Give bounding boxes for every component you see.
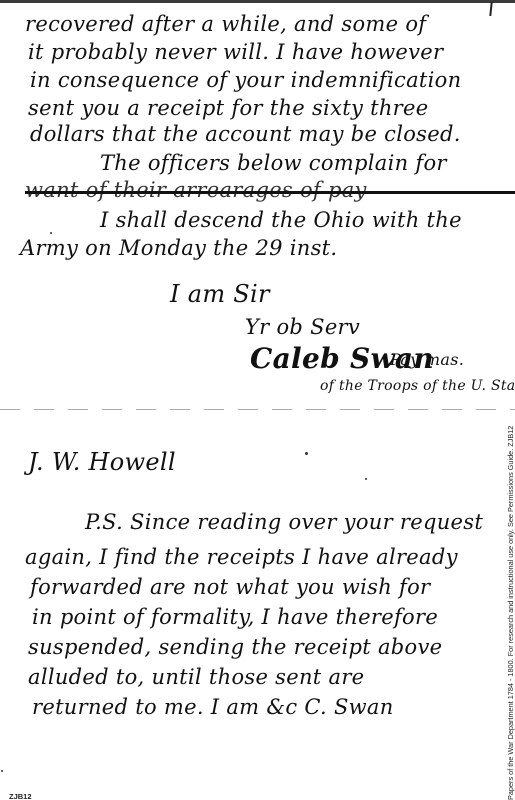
ps-line-4: in point of formality, I have therefore: [32, 605, 438, 629]
ps-line-2: again, I find the receipts I have alread…: [25, 545, 458, 569]
ps-line-7: returned to me. I am &c C. Swan: [32, 695, 394, 719]
ps-line-1: P.S. Since reading over your request: [85, 510, 483, 534]
margin-note: Papers of the War Department 1784 - 1800…: [506, 426, 515, 800]
corner-id: ZJB12: [9, 792, 32, 800]
letter-line-2: it probably never will. I have however: [28, 40, 443, 64]
signature-title-1: Pay mas.: [390, 350, 464, 369]
signature-title-2: of the Troops of the U. States: [320, 378, 515, 394]
top-edge-mark: [489, 2, 492, 16]
ps-line-5: suspended, sending the receipt above: [28, 635, 442, 659]
letter-line-4: sent you a receipt for the sixty three: [28, 96, 428, 120]
scan-speck: [305, 452, 308, 455]
scan-speck: [1, 770, 3, 772]
letter-line-9: Army on Monday the 29 inst.: [20, 236, 337, 260]
scan-speck: [50, 232, 52, 234]
letter-line-3: in consequence of your indemnification: [30, 68, 461, 92]
letter-line-7-struck: want of their arrearages of pay: [25, 178, 515, 202]
scan-speck: [365, 478, 367, 480]
letter-line-6: The officers below complain for: [100, 151, 447, 175]
letter-line-1: recovered after a while, and some of: [25, 12, 426, 36]
top-edge-rule: [0, 0, 515, 3]
ps-line-3: forwarded are not what you wish for: [30, 575, 430, 599]
ps-line-6: alluded to, until those sent are: [28, 665, 364, 689]
letter-line-8: I shall descend the Ohio with the: [100, 208, 462, 232]
closing: I am Sir: [170, 280, 270, 308]
letter-line-5: dollars that the account may be closed.: [30, 122, 461, 146]
fold-line: [0, 409, 515, 410]
ps-addressee: J. W. Howell: [28, 448, 176, 476]
closing-2: Yr ob Serv: [245, 315, 360, 339]
